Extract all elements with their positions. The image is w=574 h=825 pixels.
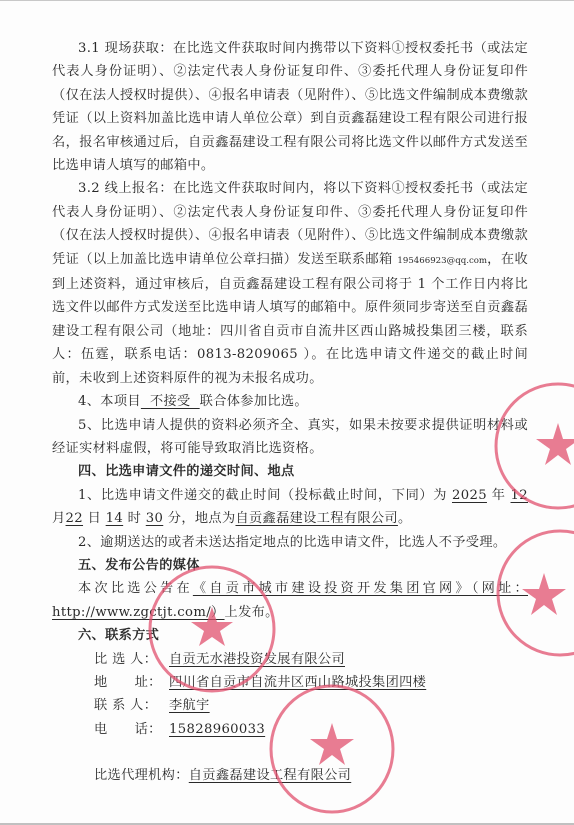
deadline-text-c: 月	[52, 511, 66, 526]
item-4: 4、本项目 不接受 联合体参加比选。	[52, 390, 528, 413]
deadline-text-a: 1、比选申请文件递交的截止时间（投标截止时间，下同）为	[78, 488, 452, 503]
item-4-suffix: 联合体参加比选。	[200, 394, 308, 409]
consortium-acceptance: 不接受	[141, 394, 200, 409]
media-text-a: 本次比选公告在	[78, 581, 193, 596]
paragraph-3-2: 3.2 线上报名：在比选文件获取时间内，将以下资料①授权委托书（或法定代表人身份…	[52, 177, 528, 390]
contact-label: 联 系 人：	[94, 694, 169, 717]
contact-label: 地 址：	[94, 671, 169, 694]
document-page: 3.1 现场获取：在比选文件获取时间内携带以下资料①授权委托书（或法定代表人身份…	[52, 37, 528, 788]
section-five-heading: 五、发布公告的媒体	[52, 554, 528, 577]
contact-email: 195466923@qq.com	[397, 256, 487, 266]
item-5: 5、比选申请人提供的资料必须齐全、真实，如果未按要求提供证明材料或经证实材料虚假…	[52, 414, 528, 461]
late-submission-note: 2、逾期送达的或者未送达指定地点的比选申请文件，比选人不予受理。	[52, 531, 528, 554]
section-six-heading: 六、联系方式	[52, 624, 528, 647]
contact-label: 电 话：	[94, 718, 169, 741]
contact-value: 李航宇	[169, 694, 210, 717]
deadline-text-e: 时	[123, 511, 146, 526]
deadline-month: 12	[511, 488, 528, 503]
submission-place: 自贡鑫磊建设工程有限公司	[235, 511, 397, 526]
agency-label: 比选代理机构：	[94, 764, 189, 787]
contact-label: 比 选 人：	[94, 648, 169, 671]
deadline-paragraph: 1、比选申请文件递交的截止时间（投标截止时间，下同）为 2025 年 12 月2…	[52, 484, 528, 531]
deadline-text-d: 日	[83, 511, 106, 526]
contact-row-address: 地 址：四川省自贡市自流井区西山路城投集团四楼	[94, 671, 528, 694]
contact-row-purchaser: 比 选 人：自贡无水港投资发展有限公司	[94, 648, 528, 671]
deadline-day: 22	[66, 511, 83, 526]
contact-list: 比 选 人：自贡无水港投资发展有限公司 地 址：四川省自贡市自流井区西山路城投集…	[94, 648, 528, 742]
deadline-hour: 14	[106, 511, 123, 526]
section-four-heading: 四、比选申请文件的递交时间、地点	[52, 460, 528, 483]
deadline-text-g: 。	[398, 511, 412, 526]
contact-value: 四川省自贡市自流井区西山路城投集团四楼	[169, 671, 426, 694]
item-4-prefix: 4、本项目	[78, 394, 141, 409]
contact-row-person: 联 系 人：李航宇	[94, 694, 528, 717]
paragraph-3-2-text-a: 3.2 线上报名：在比选文件获取时间内，将以下资料①授权委托书（或法定代表人身份…	[52, 181, 528, 266]
contact-value: 15828960033	[169, 718, 265, 741]
agency-value: 自贡鑫磊建设工程有限公司	[189, 764, 351, 787]
media-paragraph: 本次比选公告在《自贡市城市建设投资开发集团官网》（网址：http://www.z…	[52, 577, 528, 624]
deadline-text-b: 年	[487, 488, 511, 503]
deadline-text-f: 分，地点为	[163, 511, 235, 526]
page-top-border	[0, 0, 574, 1]
paragraph-3-1: 3.1 现场获取：在比选文件获取时间内携带以下资料①授权委托书（或法定代表人身份…	[52, 37, 528, 177]
contact-value: 自贡无水港投资发展有限公司	[169, 648, 345, 671]
media-text-b: 上发布。	[225, 605, 279, 620]
contact-row-phone: 电 话：15828960033	[94, 718, 528, 741]
agency-row: 比选代理机构：自贡鑫磊建设工程有限公司	[94, 764, 528, 787]
paragraph-3-2-text-b: ，在收到上述资料，通过审核后，自贡鑫磊建设工程有限公司将于 1 个工作日内将比选…	[52, 252, 528, 386]
deadline-year: 2025	[452, 488, 487, 503]
deadline-minute: 30	[146, 511, 163, 526]
